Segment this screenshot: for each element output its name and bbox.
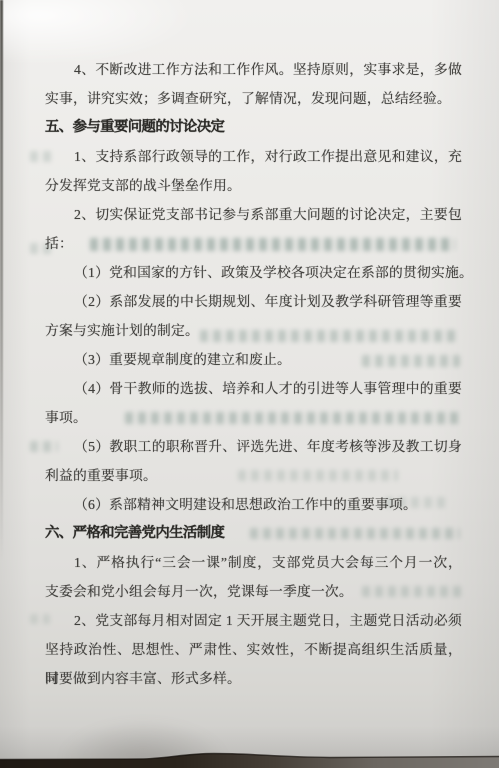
text-line: 1、支持系部行政领导的工作，对行政工作提出意见和建议，充	[45, 142, 462, 171]
text-line: 利益的重要事项。	[45, 461, 462, 490]
document-text: 4、不断改进工作方法和工作作风。坚持原则，实事求是，多做实事，讲究实效；多调查研…	[45, 55, 462, 693]
text-line: 事项。	[45, 403, 462, 432]
text-line: 实事，讲究实效；多调查研究，了解情况，发现问题，总结经验。	[45, 84, 462, 113]
text-line: 支委会和党小组会每月一次，党课每一季度一次。	[45, 577, 462, 606]
text-line: 时要做到内容丰富、形式多样。	[45, 664, 462, 693]
heading-line: 六、严格和完善党内生活制度	[45, 519, 462, 548]
text-line: （3）重要规章制度的建立和废止。	[45, 345, 462, 374]
text-line: （1）党和国家的方针、政策及学校各项决定在系部的贯彻实施。	[45, 258, 462, 287]
text-line: （2）系部发展的中长期规划、年度计划及教学科研管理等重要	[45, 287, 462, 316]
document-photo: 4、不断改进工作方法和工作作风。坚持原则，实事求是，多做实事，讲究实效；多调查研…	[0, 0, 499, 768]
text-line: （6）系部精神文明建设和思想政治工作中的重要事项。	[45, 490, 462, 519]
text-line: 括：	[45, 229, 462, 258]
text-line: 2、切实保证党支部书记参与系部重大问题的讨论决定，主要包	[45, 200, 462, 229]
text-line: 分发挥党支部的战斗堡垒作用。	[45, 171, 462, 200]
text-line: （5）教职工的职称晋升、评选先进、年度考核等涉及教工切身	[45, 432, 462, 461]
text-line: 坚持政治性、思想性、严肃性、实效性，不断提高组织生活质量，同	[45, 635, 462, 664]
heading-line: 五、参与重要问题的讨论决定	[45, 113, 462, 142]
text-line: （4）骨干教师的选拔、培养和人才的引进等人事管理中的重要	[45, 374, 462, 403]
text-line: 方案与实施计划的制定。	[45, 316, 462, 345]
text-line: 4、不断改进工作方法和工作作风。坚持原则，实事求是，多做	[45, 55, 462, 84]
table-edge	[0, 750, 499, 768]
text-line: 2、党支部每月相对固定 1 天开展主题党日，主题党日活动必须	[45, 606, 462, 635]
text-line: 1、严格执行“三会一课”制度，支部党员大会每三个月一次，	[45, 548, 462, 577]
